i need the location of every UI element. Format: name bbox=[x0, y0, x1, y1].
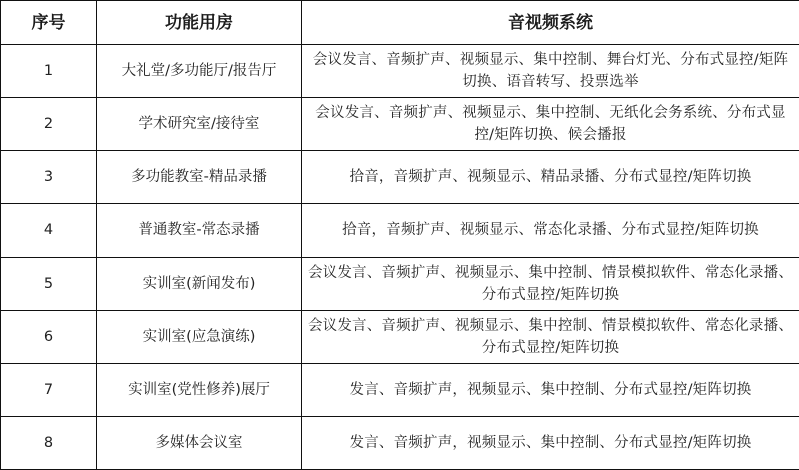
header-room: 功能用房 bbox=[97, 1, 302, 45]
table-row: 8 多媒体会议室 发言、音频扩声，视频显示、集中控制、分布式显控/矩阵切换 bbox=[1, 416, 799, 469]
room-name: 多媒体会议室 bbox=[97, 416, 302, 469]
table-row: 3 多功能教室-精品录播 拾音，音频扩声、视频显示、精品录播、分布式显控/矩阵切… bbox=[1, 151, 799, 204]
room-name: 实训室(应急演练) bbox=[97, 310, 302, 363]
systems-list: 发言、音频扩声，视频显示、集中控制、分布式显控/矩阵切换 bbox=[302, 416, 799, 469]
room-name: 实训室(新闻发布) bbox=[97, 257, 302, 310]
row-number: 2 bbox=[1, 98, 97, 151]
row-number: 4 bbox=[1, 204, 97, 257]
header-row: 序号 功能用房 音视频系统 bbox=[1, 1, 799, 45]
systems-list: 发言、音频扩声，视频显示、集中控制、分布式显控/矩阵切换 bbox=[302, 363, 799, 416]
row-number: 7 bbox=[1, 363, 97, 416]
systems-list: 拾音，音频扩声、视频显示、常态化录播、分布式显控/矩阵切换 bbox=[302, 204, 799, 257]
table-row: 1 大礼堂/多功能厅/报告厅 会议发言、音频扩声、视频显示、集中控制、舞台灯光、… bbox=[1, 45, 799, 98]
systems-list: 会议发言、音频扩声、视频显示、集中控制、无纸化会务系统、分布式显控/矩阵切换、候… bbox=[302, 98, 799, 151]
systems-list: 拾音，音频扩声、视频显示、精品录播、分布式显控/矩阵切换 bbox=[302, 151, 799, 204]
systems-list: 会议发言、音频扩声、视频显示、集中控制、情景模拟软件、常态化录播、分布式显控/矩… bbox=[302, 310, 799, 363]
table-row: 7 实训室(党性修养)展厅 发言、音频扩声，视频显示、集中控制、分布式显控/矩阵… bbox=[1, 363, 799, 416]
row-number: 3 bbox=[1, 151, 97, 204]
header-number: 序号 bbox=[1, 1, 97, 45]
systems-list: 会议发言、音频扩声、视频显示、集中控制、舞台灯光、分布式显控/矩阵切换、语音转写… bbox=[302, 45, 799, 98]
header-systems: 音视频系统 bbox=[302, 1, 799, 45]
table-row: 4 普通教室-常态录播 拾音，音频扩声、视频显示、常态化录播、分布式显控/矩阵切… bbox=[1, 204, 799, 257]
row-number: 6 bbox=[1, 310, 97, 363]
room-name: 学术研究室/接待室 bbox=[97, 98, 302, 151]
room-name: 实训室(党性修养)展厅 bbox=[97, 363, 302, 416]
systems-list: 会议发言、音频扩声、视频显示、集中控制、情景模拟软件、常态化录播、分布式显控/矩… bbox=[302, 257, 799, 310]
row-number: 8 bbox=[1, 416, 97, 469]
room-name: 多功能教室-精品录播 bbox=[97, 151, 302, 204]
av-systems-table: 序号 功能用房 音视频系统 1 大礼堂/多功能厅/报告厅 会议发言、音频扩声、视… bbox=[0, 0, 799, 470]
room-name: 大礼堂/多功能厅/报告厅 bbox=[97, 45, 302, 98]
table-row: 5 实训室(新闻发布) 会议发言、音频扩声、视频显示、集中控制、情景模拟软件、常… bbox=[1, 257, 799, 310]
row-number: 1 bbox=[1, 45, 97, 98]
room-name: 普通教室-常态录播 bbox=[97, 204, 302, 257]
table-row: 6 实训室(应急演练) 会议发言、音频扩声、视频显示、集中控制、情景模拟软件、常… bbox=[1, 310, 799, 363]
table-row: 2 学术研究室/接待室 会议发言、音频扩声、视频显示、集中控制、无纸化会务系统、… bbox=[1, 98, 799, 151]
row-number: 5 bbox=[1, 257, 97, 310]
